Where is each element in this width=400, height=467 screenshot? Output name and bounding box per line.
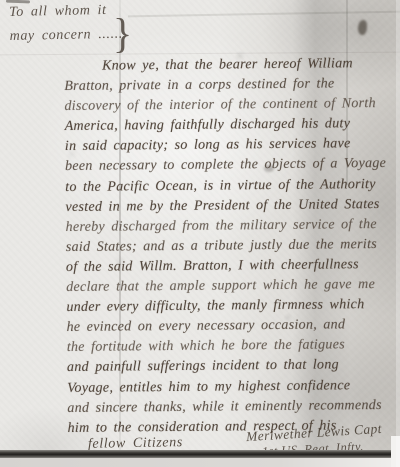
handwritten-line: declare that the ample support which he … [66,274,400,298]
handwritten-line: to the Pacific Ocean, is in virtue of th… [65,174,400,198]
salutation-block: To all whom it may concern ...... [9,3,123,45]
handwritten-line: said States; and as a tribute justly due… [66,234,400,258]
scan-margin-bottom [0,458,400,467]
scan-margin-right [396,0,400,467]
salutation-line-1: To all whom it [9,3,123,21]
handwritten-line: been necessary to complete the objects o… [65,154,400,178]
handwritten-line: the fortitude with which he bore the fat… [67,334,400,358]
salutation-line-2: may concern ...... [10,27,124,45]
photo-bottom-edge [0,450,393,458]
brace-glyph: } [113,13,132,55]
document-body: Know ye, that the bearer hereof WilliamB… [64,53,400,439]
handwritten-line: and sincere thanks, while it eminently r… [67,395,400,419]
scanned-document-photo: To all whom it may concern ...... } Know… [0,0,400,467]
handwritten-line: discovery of the interior of the contine… [64,93,400,117]
